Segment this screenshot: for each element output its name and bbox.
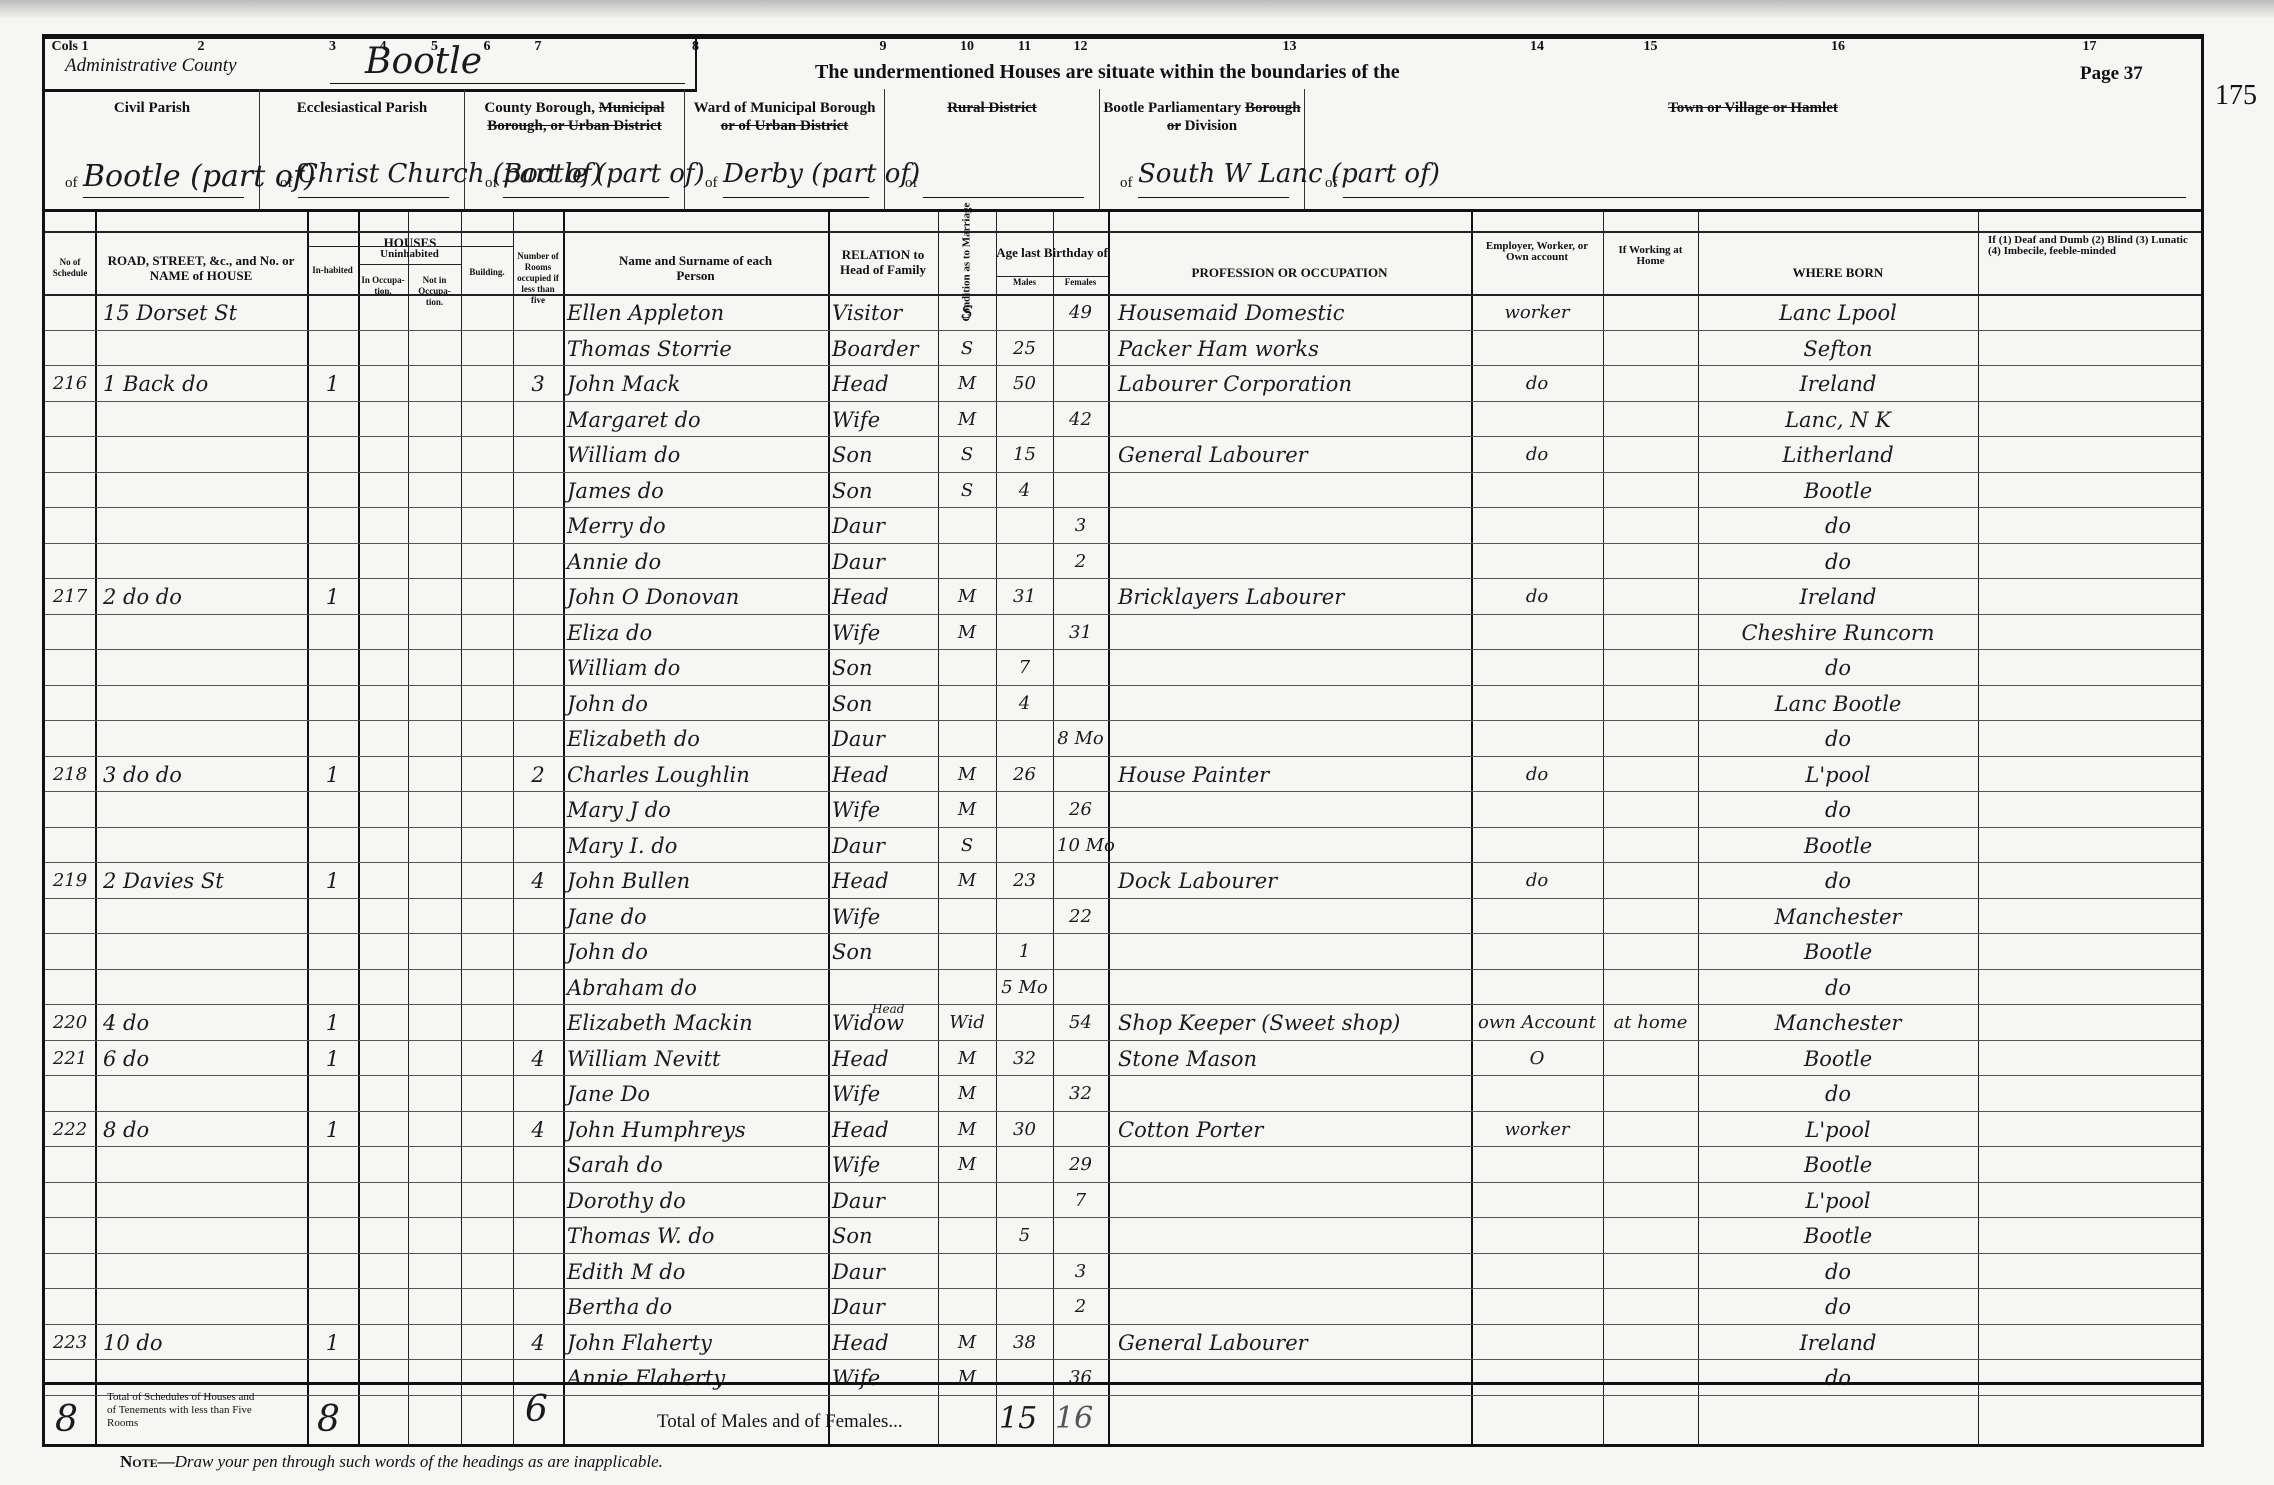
infirmity-cell xyxy=(1982,720,2197,755)
address-cell: 3 do do xyxy=(99,756,307,791)
inhabited-cell xyxy=(311,1288,354,1323)
census-row: 2183 do do12Charles LoughlinHeadM26House… xyxy=(45,756,2201,791)
inhabited-cell xyxy=(311,1217,354,1252)
where-born-cell: do xyxy=(1702,507,1974,542)
where-born-cell: do xyxy=(1702,862,1974,897)
condition-cell xyxy=(942,720,992,755)
area-5: Bootle Parliamentary Boroughor Divisiono… xyxy=(1100,89,1305,209)
column-number: 12 xyxy=(1051,39,1111,55)
census-row: 2204 do1Elizabeth MackinWidowWid54Shop K… xyxy=(45,1004,2201,1039)
relation-cell: Boarder xyxy=(832,330,934,365)
column-number: 5 xyxy=(405,39,465,55)
occupation-cell: Shop Keeper (Sweet shop) xyxy=(1112,1004,1473,1039)
relation-cell: Wife xyxy=(832,791,934,826)
occupation-cell xyxy=(1112,720,1473,755)
female-age-cell: 32 xyxy=(1057,1075,1104,1110)
employer-cell: do xyxy=(1475,365,1599,400)
census-row: 22310 do14John FlahertyHeadM38General La… xyxy=(45,1324,2201,1359)
total-schedules-label: Total of Schedules of Houses and of Tene… xyxy=(107,1391,255,1430)
infirmity-cell xyxy=(1982,1146,2197,1181)
condition-cell xyxy=(942,1217,992,1252)
employer-cell: worker xyxy=(1475,294,1599,329)
employer-cell xyxy=(1475,543,1599,578)
condition-cell xyxy=(942,1288,992,1323)
inhabited-cell xyxy=(311,330,354,365)
female-age-cell xyxy=(1057,1040,1104,1075)
census-row: Dorothy doDaur7L'pool xyxy=(45,1182,2201,1217)
area-underline xyxy=(503,197,669,198)
census-row: Annie FlahertyWifeM36do xyxy=(45,1359,2201,1394)
where-born-cell: Bootle xyxy=(1702,1146,1974,1181)
female-age-cell xyxy=(1057,649,1104,684)
condition-cell: M xyxy=(942,401,992,436)
at-home-cell: at home xyxy=(1607,1004,1694,1039)
name-cell: Ellen Appleton xyxy=(567,294,824,329)
infirmity-cell xyxy=(1982,1324,2197,1359)
female-age-cell: 7 xyxy=(1057,1182,1104,1217)
schedule-cell xyxy=(49,507,91,542)
census-form: Administrative County Bootle The underme… xyxy=(42,34,2204,1447)
name-cell: Abraham do xyxy=(567,969,824,1004)
occupation-cell xyxy=(1112,933,1473,968)
inhabited-cell xyxy=(311,472,354,507)
inhabited-cell xyxy=(311,649,354,684)
occupation-cell xyxy=(1112,649,1473,684)
area-underline xyxy=(1138,197,1289,198)
female-age-cell: 29 xyxy=(1057,1146,1104,1181)
female-age-cell xyxy=(1057,1217,1104,1252)
header-name: Name and Surname of each Person xyxy=(603,253,788,283)
column-number: 10 xyxy=(937,39,997,55)
at-home-cell xyxy=(1607,1288,1694,1323)
at-home-cell xyxy=(1607,507,1694,542)
admin-county-underline xyxy=(330,83,685,84)
where-born-cell: do xyxy=(1702,1359,1974,1394)
infirmity-cell xyxy=(1982,1040,2197,1075)
area-label-text: Ecclesiastical Parish xyxy=(297,100,427,116)
address-cell xyxy=(99,543,307,578)
address-cell xyxy=(99,472,307,507)
inhabited-cell xyxy=(311,294,354,329)
rooms-cell xyxy=(517,827,559,862)
column-number: 8 xyxy=(666,39,726,55)
name-cell: Jane do xyxy=(567,898,824,933)
at-home-cell xyxy=(1607,1217,1694,1252)
occupation-cell: Cotton Porter xyxy=(1112,1111,1473,1146)
area-underline xyxy=(83,197,244,198)
female-age-cell: 3 xyxy=(1057,1253,1104,1288)
relation-cell: Daur xyxy=(832,1253,934,1288)
rooms-cell xyxy=(517,507,559,542)
employer-cell xyxy=(1475,614,1599,649)
census-row: Annie doDaur2do xyxy=(45,543,2201,578)
column-number: 11 xyxy=(995,39,1055,55)
employer-cell xyxy=(1475,649,1599,684)
female-age-cell: 42 xyxy=(1057,401,1104,436)
header-age: Age last Birthday of xyxy=(996,245,1108,260)
female-age-cell xyxy=(1057,933,1104,968)
schedule-cell: 218 xyxy=(49,756,91,791)
female-age-cell: 10 Mo xyxy=(1057,827,1104,862)
area-label: County Borough, Municipal Borough, or Ur… xyxy=(465,99,684,135)
female-age-cell: 49 xyxy=(1057,294,1104,329)
occupation-cell: Dock Labourer xyxy=(1112,862,1473,897)
schedule-cell: 221 xyxy=(49,1040,91,1075)
where-born-cell: Ireland xyxy=(1702,1324,1974,1359)
inhabited-cell: 1 xyxy=(311,756,354,791)
employer-cell xyxy=(1475,685,1599,720)
area-of: of xyxy=(1120,175,1133,192)
condition-cell: M xyxy=(942,1359,992,1394)
male-age-cell xyxy=(1000,1359,1049,1394)
name-cell: Thomas Storrie xyxy=(567,330,824,365)
schedule-cell: 217 xyxy=(49,578,91,613)
infirmity-cell xyxy=(1982,1075,2197,1110)
relation-cell: Son xyxy=(832,472,934,507)
male-age-cell xyxy=(1000,720,1049,755)
area-of: of xyxy=(1325,175,1338,192)
name-cell: Sarah do xyxy=(567,1146,824,1181)
male-age-cell xyxy=(1000,614,1049,649)
census-row: John doSon4Lanc Bootle xyxy=(45,685,2201,720)
name-cell: James do xyxy=(567,472,824,507)
census-row: James doSonS4Bootle xyxy=(45,472,2201,507)
occupation-cell: Stone Mason xyxy=(1112,1040,1473,1075)
header-at-home: If Working at Home xyxy=(1608,245,1693,267)
address-cell xyxy=(99,1359,307,1394)
at-home-cell xyxy=(1607,578,1694,613)
employer-cell: do xyxy=(1475,436,1599,471)
occupation-cell xyxy=(1112,898,1473,933)
census-row: Sarah doWifeM29Bootle xyxy=(45,1146,2201,1181)
total-mf-label: Total of Males and of Females... xyxy=(657,1411,903,1433)
male-age-cell: 5 Mo xyxy=(1000,969,1049,1004)
census-row: 2172 do do1John O DonovanHeadM31Bricklay… xyxy=(45,578,2201,613)
infirmity-cell xyxy=(1982,1288,2197,1323)
infirmity-cell xyxy=(1982,614,2197,649)
condition-cell: M xyxy=(942,756,992,791)
header-building: Building. xyxy=(463,267,511,278)
rooms-cell xyxy=(517,436,559,471)
address-cell: 15 Dorset St xyxy=(99,294,307,329)
rooms-cell xyxy=(517,401,559,436)
header-employer: Employer, Worker, or Own account xyxy=(1476,241,1598,263)
relation-cell: Son xyxy=(832,436,934,471)
relation-cell: Daur xyxy=(832,1288,934,1323)
schedule-cell xyxy=(49,472,91,507)
infirmity-cell xyxy=(1982,791,2197,826)
area-label-text: County Borough, xyxy=(484,100,595,116)
relation-cell: Wife xyxy=(832,401,934,436)
at-home-cell xyxy=(1607,969,1694,1004)
schedule-cell xyxy=(49,1253,91,1288)
at-home-cell xyxy=(1607,365,1694,400)
schedule-cell xyxy=(49,933,91,968)
male-age-cell xyxy=(1000,507,1049,542)
relation-cell: Daur xyxy=(832,507,934,542)
schedule-cell xyxy=(49,685,91,720)
area-2: County Borough, Municipal Borough, or Ur… xyxy=(465,89,685,209)
inhabited-cell xyxy=(311,933,354,968)
name-cell: John Flaherty xyxy=(567,1324,824,1359)
relation-cell: Head xyxy=(832,578,934,613)
occupation-cell xyxy=(1112,1288,1473,1323)
inhabited-cell xyxy=(311,436,354,471)
at-home-cell xyxy=(1607,1040,1694,1075)
where-born-cell: do xyxy=(1702,1253,1974,1288)
census-row: Mary I. doDaurS10 MoBootle xyxy=(45,827,2201,862)
schedule-cell: 222 xyxy=(49,1111,91,1146)
inhabited-cell xyxy=(311,1182,354,1217)
schedule-cell xyxy=(49,1359,91,1394)
schedule-cell xyxy=(49,898,91,933)
header-uninhabited: Uninhabited xyxy=(358,249,461,260)
employer-cell: do xyxy=(1475,862,1599,897)
area-label-text: Ward of Municipal Borough xyxy=(694,100,876,116)
area-label-text2: Division xyxy=(1185,118,1238,134)
header-infirmity: If (1) Deaf and Dumb (2) Blind (3) Lunat… xyxy=(1988,235,2191,257)
at-home-cell xyxy=(1607,756,1694,791)
area-label-struck: Town or Village or Hamlet xyxy=(1668,100,1838,116)
census-page: 175 Administrative County Bootle The und… xyxy=(0,0,2274,1485)
where-born-cell: Bootle xyxy=(1702,1217,1974,1252)
condition-cell: Wid xyxy=(942,1004,992,1039)
address-cell xyxy=(99,436,307,471)
census-row: 2216 do14William NevittHeadM32Stone Maso… xyxy=(45,1040,2201,1075)
schedule-cell xyxy=(49,330,91,365)
area-label-struck: or of Urban District xyxy=(721,118,849,134)
census-row: Abraham do5 Modo xyxy=(45,969,2201,1004)
census-row: Jane doWife22Manchester xyxy=(45,898,2201,933)
female-age-cell xyxy=(1057,436,1104,471)
where-born-cell: do xyxy=(1702,543,1974,578)
address-cell xyxy=(99,827,307,862)
where-born-cell: do xyxy=(1702,791,1974,826)
schedule-cell xyxy=(49,294,91,329)
occupation-cell: House Painter xyxy=(1112,756,1473,791)
column-number: 9 xyxy=(853,39,913,55)
infirmity-cell xyxy=(1982,401,2197,436)
area-label: Civil Parish xyxy=(45,99,259,117)
area-underline xyxy=(1343,197,2186,198)
infirmity-cell xyxy=(1982,330,2197,365)
area-1: Ecclesiastical Parish ofChrist Church (p… xyxy=(260,89,465,209)
name-cell: Annie do xyxy=(567,543,824,578)
column-number: 2 xyxy=(171,39,231,55)
at-home-cell xyxy=(1607,1111,1694,1146)
name-cell: Charles Loughlin xyxy=(567,756,824,791)
occupation-cell xyxy=(1112,685,1473,720)
male-age-cell xyxy=(1000,827,1049,862)
male-age-cell xyxy=(1000,401,1049,436)
column-number: 16 xyxy=(1808,39,1868,55)
at-home-cell xyxy=(1607,1146,1694,1181)
female-age-cell xyxy=(1057,685,1104,720)
condition-cell xyxy=(942,933,992,968)
area-underline xyxy=(923,197,1084,198)
where-born-cell: do xyxy=(1702,720,1974,755)
header-schedule: No of Schedule xyxy=(47,257,93,279)
male-age-cell xyxy=(1000,791,1049,826)
male-age-cell: 7 xyxy=(1000,649,1049,684)
female-age-cell: 2 xyxy=(1057,543,1104,578)
relation-cell: Wife xyxy=(832,614,934,649)
infirmity-cell xyxy=(1982,933,2197,968)
male-age-cell: 38 xyxy=(1000,1324,1049,1359)
infirmity-cell xyxy=(1982,898,2197,933)
note-prefix: Note— xyxy=(120,1452,175,1471)
infirmity-cell xyxy=(1982,862,2197,897)
relation-cell: Head xyxy=(832,1111,934,1146)
condition-cell: M xyxy=(942,365,992,400)
female-age-cell: 54 xyxy=(1057,1004,1104,1039)
condition-cell xyxy=(942,543,992,578)
rooms-cell xyxy=(517,898,559,933)
census-row: Thomas StorrieBoarderS25Packer Ham works… xyxy=(45,330,2201,365)
occupation-cell xyxy=(1112,472,1473,507)
employer-cell xyxy=(1475,1253,1599,1288)
male-age-cell xyxy=(1000,1253,1049,1288)
schedule-cell: 216 xyxy=(49,365,91,400)
inhabited-cell xyxy=(311,507,354,542)
name-cell: John Bullen xyxy=(567,862,824,897)
relation-cell: Son xyxy=(832,933,934,968)
where-born-cell: Bootle xyxy=(1702,827,1974,862)
occupation-cell xyxy=(1112,1253,1473,1288)
where-born-cell: do xyxy=(1702,969,1974,1004)
address-cell xyxy=(99,1288,307,1323)
name-cell: Bertha do xyxy=(567,1288,824,1323)
male-age-cell: 23 xyxy=(1000,862,1049,897)
schedule-cell xyxy=(49,436,91,471)
rooms-cell xyxy=(517,720,559,755)
inhabited-cell xyxy=(311,401,354,436)
name-cell: Dorothy do xyxy=(567,1182,824,1217)
rooms-cell: 3 xyxy=(517,365,559,400)
male-age-cell: 26 xyxy=(1000,756,1049,791)
occupation-cell xyxy=(1112,1182,1473,1217)
rooms-cell xyxy=(517,294,559,329)
male-age-cell xyxy=(1000,1004,1049,1039)
census-row: Margaret doWifeM42Lanc, N K xyxy=(45,401,2201,436)
schedule-cell xyxy=(49,827,91,862)
female-age-cell: 26 xyxy=(1057,791,1104,826)
condition-cell xyxy=(942,898,992,933)
female-age-cell xyxy=(1057,969,1104,1004)
where-born-cell: Cheshire Runcorn xyxy=(1702,614,1974,649)
employer-cell xyxy=(1475,720,1599,755)
condition-cell: M xyxy=(942,1324,992,1359)
occupation-cell xyxy=(1112,1075,1473,1110)
employer-cell xyxy=(1475,1359,1599,1394)
male-age-cell: 50 xyxy=(1000,365,1049,400)
female-age-cell xyxy=(1057,578,1104,613)
occupation-cell xyxy=(1112,969,1473,1004)
at-home-cell xyxy=(1607,862,1694,897)
area-label-struck2: or xyxy=(1167,118,1181,134)
where-born-cell: Lanc Bootle xyxy=(1702,685,1974,720)
area-label-struck: Borough xyxy=(1245,100,1301,116)
condition-cell: S xyxy=(942,294,992,329)
address-cell xyxy=(99,933,307,968)
inhabited-cell: 1 xyxy=(311,862,354,897)
rooms-cell xyxy=(517,1253,559,1288)
relation-cell: Wife xyxy=(832,1146,934,1181)
employer-cell xyxy=(1475,507,1599,542)
address-cell: 4 do xyxy=(99,1004,307,1039)
schedule-cell xyxy=(49,543,91,578)
female-age-cell xyxy=(1057,756,1104,791)
total-females: 16 xyxy=(1055,1401,1093,1436)
condition-cell xyxy=(942,685,992,720)
form-note: Note—Draw your pen through such words of… xyxy=(120,1452,663,1472)
occupation-cell xyxy=(1112,1359,1473,1394)
name-cell: Mary J do xyxy=(567,791,824,826)
at-home-cell xyxy=(1607,685,1694,720)
at-home-cell xyxy=(1607,436,1694,471)
employer-cell: own Account xyxy=(1475,1004,1599,1039)
address-cell xyxy=(99,1075,307,1110)
inhabited-cell xyxy=(311,1146,354,1181)
relation-cell: Head xyxy=(832,365,934,400)
where-born-cell: Ireland xyxy=(1702,578,1974,613)
inhabited-cell: 1 xyxy=(311,1324,354,1359)
address-cell xyxy=(99,1182,307,1217)
rooms-cell: 4 xyxy=(517,1111,559,1146)
census-row: William doSon7do xyxy=(45,649,2201,684)
inhabited-cell xyxy=(311,827,354,862)
occupation-cell xyxy=(1112,791,1473,826)
at-home-cell xyxy=(1607,1253,1694,1288)
employer-cell xyxy=(1475,933,1599,968)
relation-cell: Wife xyxy=(832,898,934,933)
area-label: Ward of Municipal Borough or of Urban Di… xyxy=(685,99,884,135)
name-cell: Annie Flaherty xyxy=(567,1359,824,1394)
infirmity-cell xyxy=(1982,1111,2197,1146)
rooms-cell xyxy=(517,1182,559,1217)
where-born-cell: L'pool xyxy=(1702,1111,1974,1146)
employer-cell: worker xyxy=(1475,1111,1599,1146)
page-top-edge xyxy=(0,0,2274,18)
column-number: Cols 1 xyxy=(40,39,100,55)
address-cell xyxy=(99,720,307,755)
schedule-cell xyxy=(49,614,91,649)
where-born-cell: Ireland xyxy=(1702,365,1974,400)
relation-cell: Head xyxy=(832,1324,934,1359)
area-label: Ecclesiastical Parish xyxy=(260,99,464,117)
inhabited-cell xyxy=(311,969,354,1004)
condition-cell xyxy=(942,507,992,542)
name-cell: Thomas W. do xyxy=(567,1217,824,1252)
where-born-cell: do xyxy=(1702,649,1974,684)
relation-cell: Son xyxy=(832,649,934,684)
area-label-text: Bootle Parliamentary xyxy=(1103,100,1241,116)
infirmity-cell xyxy=(1982,472,2197,507)
area-underline xyxy=(723,197,869,198)
header-occupation: PROFESSION OR OCCUPATION xyxy=(1118,265,1461,280)
at-home-cell xyxy=(1607,294,1694,329)
relation-cell: Head xyxy=(832,1040,934,1075)
occupation-cell xyxy=(1112,614,1473,649)
area-of: of xyxy=(65,175,78,192)
rooms-cell xyxy=(517,614,559,649)
inhabited-cell xyxy=(311,1075,354,1110)
relation-cell: Daur xyxy=(832,1182,934,1217)
rooms-cell xyxy=(517,649,559,684)
schedule-cell: 220 xyxy=(49,1004,91,1039)
name-cell: Edith M do xyxy=(567,1253,824,1288)
occupation-cell: General Labourer xyxy=(1112,1324,1473,1359)
